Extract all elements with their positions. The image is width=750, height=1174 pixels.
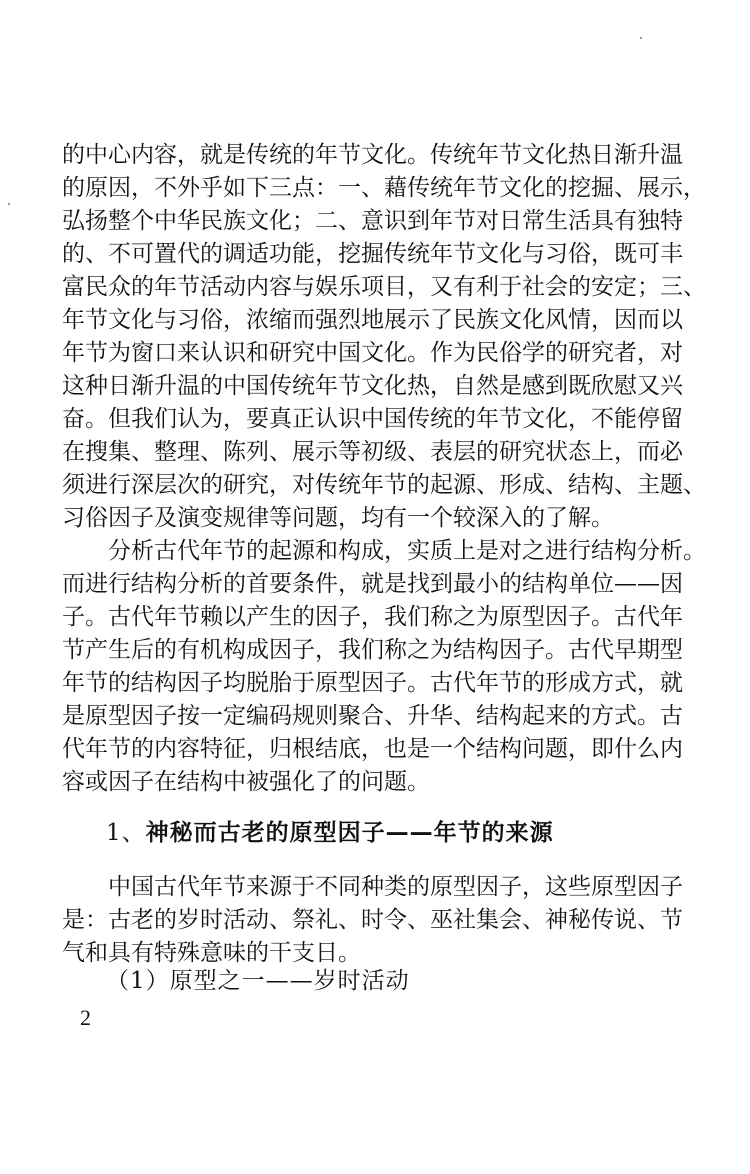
page-number: 2: [80, 1003, 91, 1033]
text-line: 弘扬整个中华民族文化；二、意识到年节对日常生活具有独特: [62, 206, 658, 236]
scan-speck: [640, 37, 642, 39]
text-line: 节产生后的有机构成因子，我们称之为结构因子。古代早期型: [62, 635, 658, 665]
text-line: 中国古代年节来源于不同种类的原型因子，这些原型因子: [108, 872, 658, 902]
text-line: 富民众的年节活动内容与娱乐项目，又有利于社会的安定；三、: [62, 272, 658, 302]
text-line: 分析古代年节的起源和构成，实质上是对之进行结构分析。: [108, 536, 658, 566]
text-line: 的原因，不外乎如下三点：一、藉传统年节文化的挖掘、展示，: [62, 173, 658, 203]
text-line: 是原型因子按一定编码规则聚合、升华、结构起来的方式。古: [62, 701, 658, 731]
text-line: 习俗因子及演变规律等问题，均有一个较深入的了解。: [62, 503, 658, 533]
subsection-heading: （1）原型之一——岁时活动: [106, 966, 410, 996]
text-line: 在搜集、整理、陈列、展示等初级、表层的研究状态上，而必: [62, 437, 658, 467]
scan-speck: [8, 203, 10, 205]
text-line: 这种日渐升温的中国传统年节文化热，自然是感到既欣慰又兴: [62, 371, 658, 401]
text-line: 年节为窗口来认识和研究中国文化。作为民俗学的研究者，对: [62, 338, 658, 368]
text-line: 奋。但我们认为，要真正认识中国传统的年节文化，不能停留: [62, 404, 658, 434]
text-line: 而进行结构分析的首要条件，就是找到最小的结构单位——因: [62, 569, 658, 599]
section-title: 神秘而古老的原型因子——年节的来源: [146, 820, 554, 846]
section-number: 1、: [106, 820, 146, 846]
scanned-book-page: 的中心内容，就是传统的年节文化。传统年节文化热日渐升温 的原因，不外乎如下三点：…: [0, 0, 750, 1174]
text-line: 是：古老的岁时活动、祭礼、时令、巫社集会、神秘传说、节: [62, 905, 658, 935]
text-line: 气和具有特殊意味的干支日。: [62, 938, 658, 968]
text-line: 须进行深层次的研究，对传统年节的起源、形成、结构、主题、: [62, 470, 658, 500]
text-line: 容或因子在结构中被强化了的问题。: [62, 767, 658, 797]
text-line: 年节文化与习俗，浓缩而强烈地展示了民族文化风情，因而以: [62, 305, 658, 335]
section-heading: 1、神秘而古老的原型因子——年节的来源: [106, 818, 554, 848]
text-line: 子。古代年节赖以产生的因子，我们称之为原型因子。古代年: [62, 602, 658, 632]
text-line: 的中心内容，就是传统的年节文化。传统年节文化热日渐升温: [62, 140, 658, 170]
text-line: 年节的结构因子均脱胎于原型因子。古代年节的形成方式，就: [62, 668, 658, 698]
text-line: 的、不可置代的调适功能，挖掘传统年节文化与习俗，既可丰: [62, 239, 658, 269]
text-line: 代年节的内容特征，归根结底，也是一个结构问题，即什么内: [62, 734, 658, 764]
